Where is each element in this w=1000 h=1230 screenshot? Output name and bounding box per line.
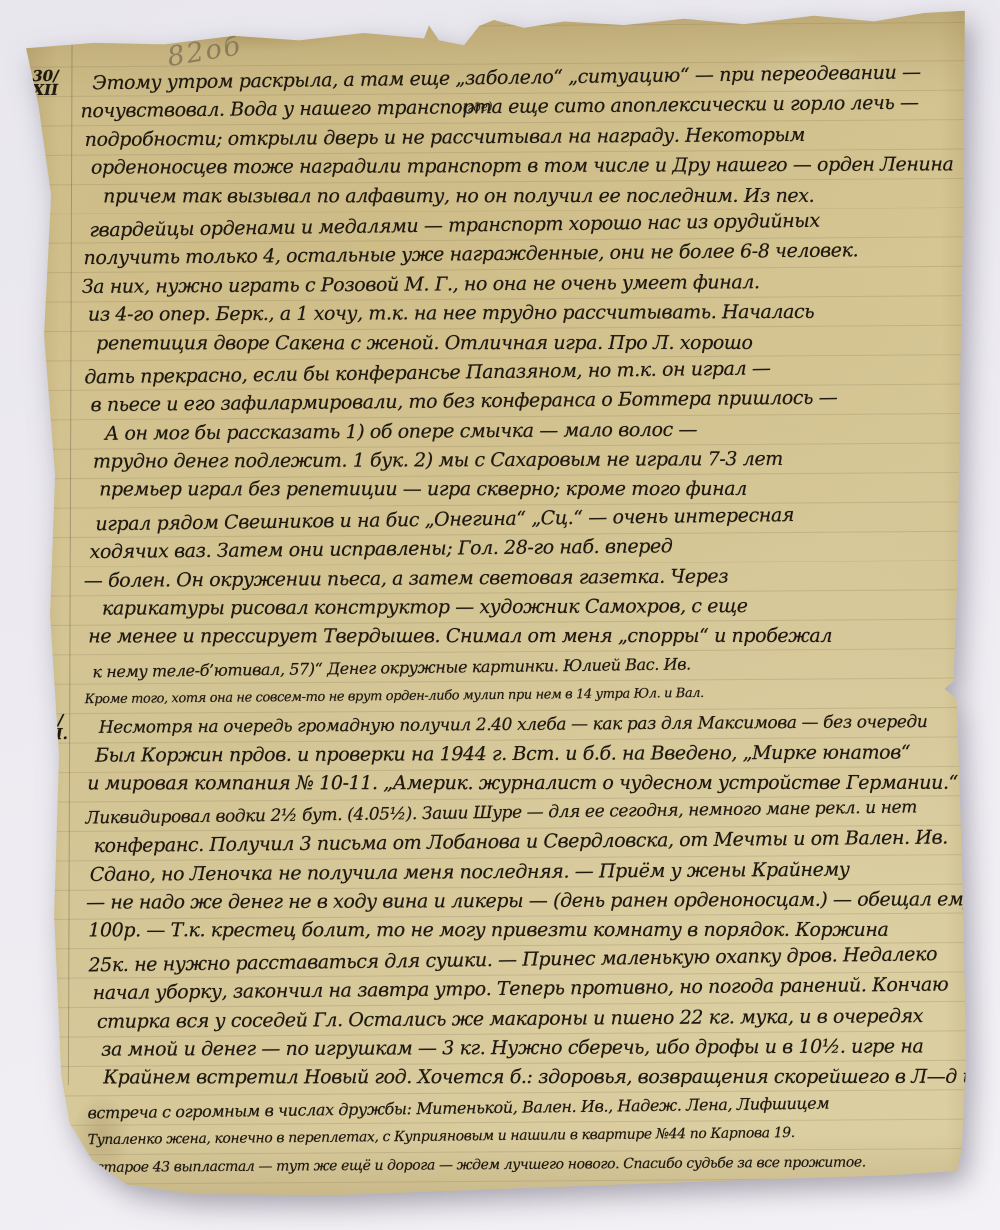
handwritten-line-text: к нему теле-б’ютивал, 57)“ Денег окружны… [92, 654, 691, 681]
handwritten-line-text: Несмотря на очередь громадную получил 2.… [99, 712, 928, 738]
handwritten-line-text: конферанс. Получил 3 письма от Лобанова … [94, 827, 948, 858]
handwritten-line-text: Кроме того, хотя она не совсем-то не вру… [85, 686, 704, 707]
handwritten-line-text: — не надо же денег не в ходу вина и лике… [86, 888, 974, 913]
handwritten-line-text: стирка вся у соседей Гл. Остались же мак… [97, 1005, 923, 1033]
handwritten-line-text: из 4-го опер. Берк., а 1 хочу, т.к. на н… [88, 301, 814, 326]
handwritten-line: трудно денег подлежит. 1 бук. 2) мы с Са… [27, 444, 947, 477]
handwritten-line: карикатуры рисовал конструктор — художни… [28, 591, 948, 624]
photo-background: 82об (где) 30/ XIIЭтому утром раскрыла, … [0, 0, 1000, 1230]
handwritten-line-text: Крайнем встретил Новый год. Хочется б.: … [103, 1066, 974, 1089]
margin-date: 31/ XII. [37, 713, 68, 741]
margin-date: 30/ XII [32, 69, 59, 97]
handwritten-line-text: встреча с огромным в числах дружбы: Мите… [87, 1093, 829, 1122]
handwritten-line-text: Тупаленко жена, конечно в переплетах, с … [88, 1125, 795, 1148]
handwritten-line: Был Коржин прдов. и проверки на 1944 г. … [29, 738, 949, 771]
handwritten-line-text: Сдано, но Леночка не получила меня после… [90, 858, 850, 885]
handwritten-line-text: ходячих ваз. Затем они исправлены; Гол. … [90, 535, 673, 563]
manuscript-page: 82об (где) 30/ XIIЭтому утром раскрыла, … [24, 9, 977, 1201]
handwritten-line-text: в пьесе и его зафилармировали, то без ко… [90, 387, 837, 417]
handwritten-line: за мной и денег — по игрушкам — 3 кг. Ну… [31, 1032, 951, 1065]
ink-stain [25, 495, 37, 521]
handwritten-line-text: За них, нужно играть с Розовой М. Г., но… [82, 271, 760, 298]
handwritten-line-text: орденоносцев тоже наградили транспорт в … [91, 153, 954, 178]
handwritten-line: стирка вся у соседей Гл. Остались же мак… [31, 1001, 951, 1037]
handwritten-line: — не надо же денег не в ходу вина и лике… [30, 885, 950, 918]
handwritten-line-text: премьер играл без репетиции — игра сквер… [99, 478, 747, 500]
handwritten-line-text: Был Коржин прдов. и проверки на 1944 г. … [95, 741, 910, 766]
handwritten-line-text: — болен. Он окружении пьеса, а затем све… [84, 565, 729, 591]
handwritten-line-text: не менее и прессирует Твердышев. Снимал … [88, 625, 832, 648]
handwritten-line: орденоносцев тоже наградили транспорт в … [25, 151, 945, 184]
ink-stain [30, 635, 40, 653]
handwritten-line-text: карикатуры рисовал конструктор — художни… [102, 595, 748, 619]
handwritten-line: из 4-го опер. Берк., а 1 хочу, т.к. на н… [26, 297, 946, 330]
handwritten-line-text: дать прекрасно, если бы конферансье Папа… [84, 357, 770, 388]
handwritten-line-text: за мной и денег — по игрушкам — 3 кг. Ну… [101, 1035, 923, 1060]
vertical-margin-note: до самой Дж. хотя, но в будни… наша семь… [970, 769, 987, 1085]
handwritten-line-text: гвардейцы орденами и медалями — транспор… [89, 210, 820, 242]
handwritten-line-text: подробности; открыли дверь и не рассчиты… [85, 124, 805, 151]
handwritten-line-text: репетиция дворе Сакена с женой. Отличная… [96, 331, 752, 353]
paper-shadow-wrapper: 82об (где) 30/ XIIЭтому утром раскрыла, … [0, 0, 1000, 1230]
handwriting-lines: 30/ XIIЭтому утром раскрыла, а там еще „… [24, 61, 952, 1184]
handwritten-line-text: почувствовал. Вода у нашего транспорта е… [80, 92, 918, 122]
handwritten-line-text: получить только 4, остальные уже награжд… [83, 240, 858, 270]
handwritten-line-text: трудно денег подлежит. 1 бук. 2) мы с Са… [93, 448, 783, 473]
handwritten-line: старое 43 выпластал — тут же ещё и дорог… [32, 1148, 952, 1184]
handwritten-line-text: и мировая компания № 10-11. „Америк. жур… [87, 772, 958, 795]
handwritten-line-text: старое 43 выпластал — тут же ещё и дорог… [96, 1155, 866, 1176]
handwritten-line-text: причем так вызывал по алфавиту, но он по… [103, 184, 814, 206]
handwritten-line-text: играл рядом Свешников и на бис „Онегина“… [95, 504, 794, 535]
ink-stain [21, 133, 37, 167]
handwritten-line-text: А он мог бы рассказать 1) об опере смычк… [105, 418, 697, 444]
handwritten-line-text: 100р. — Т.к. крестец болит, то не могу п… [88, 919, 888, 942]
handwritten-line-text: Ликвидировал водки 2½ бут. (4.05½). Заши… [85, 797, 917, 828]
handwritten-line-text: начал уборку, закончил на завтра утро. Т… [93, 974, 949, 1005]
